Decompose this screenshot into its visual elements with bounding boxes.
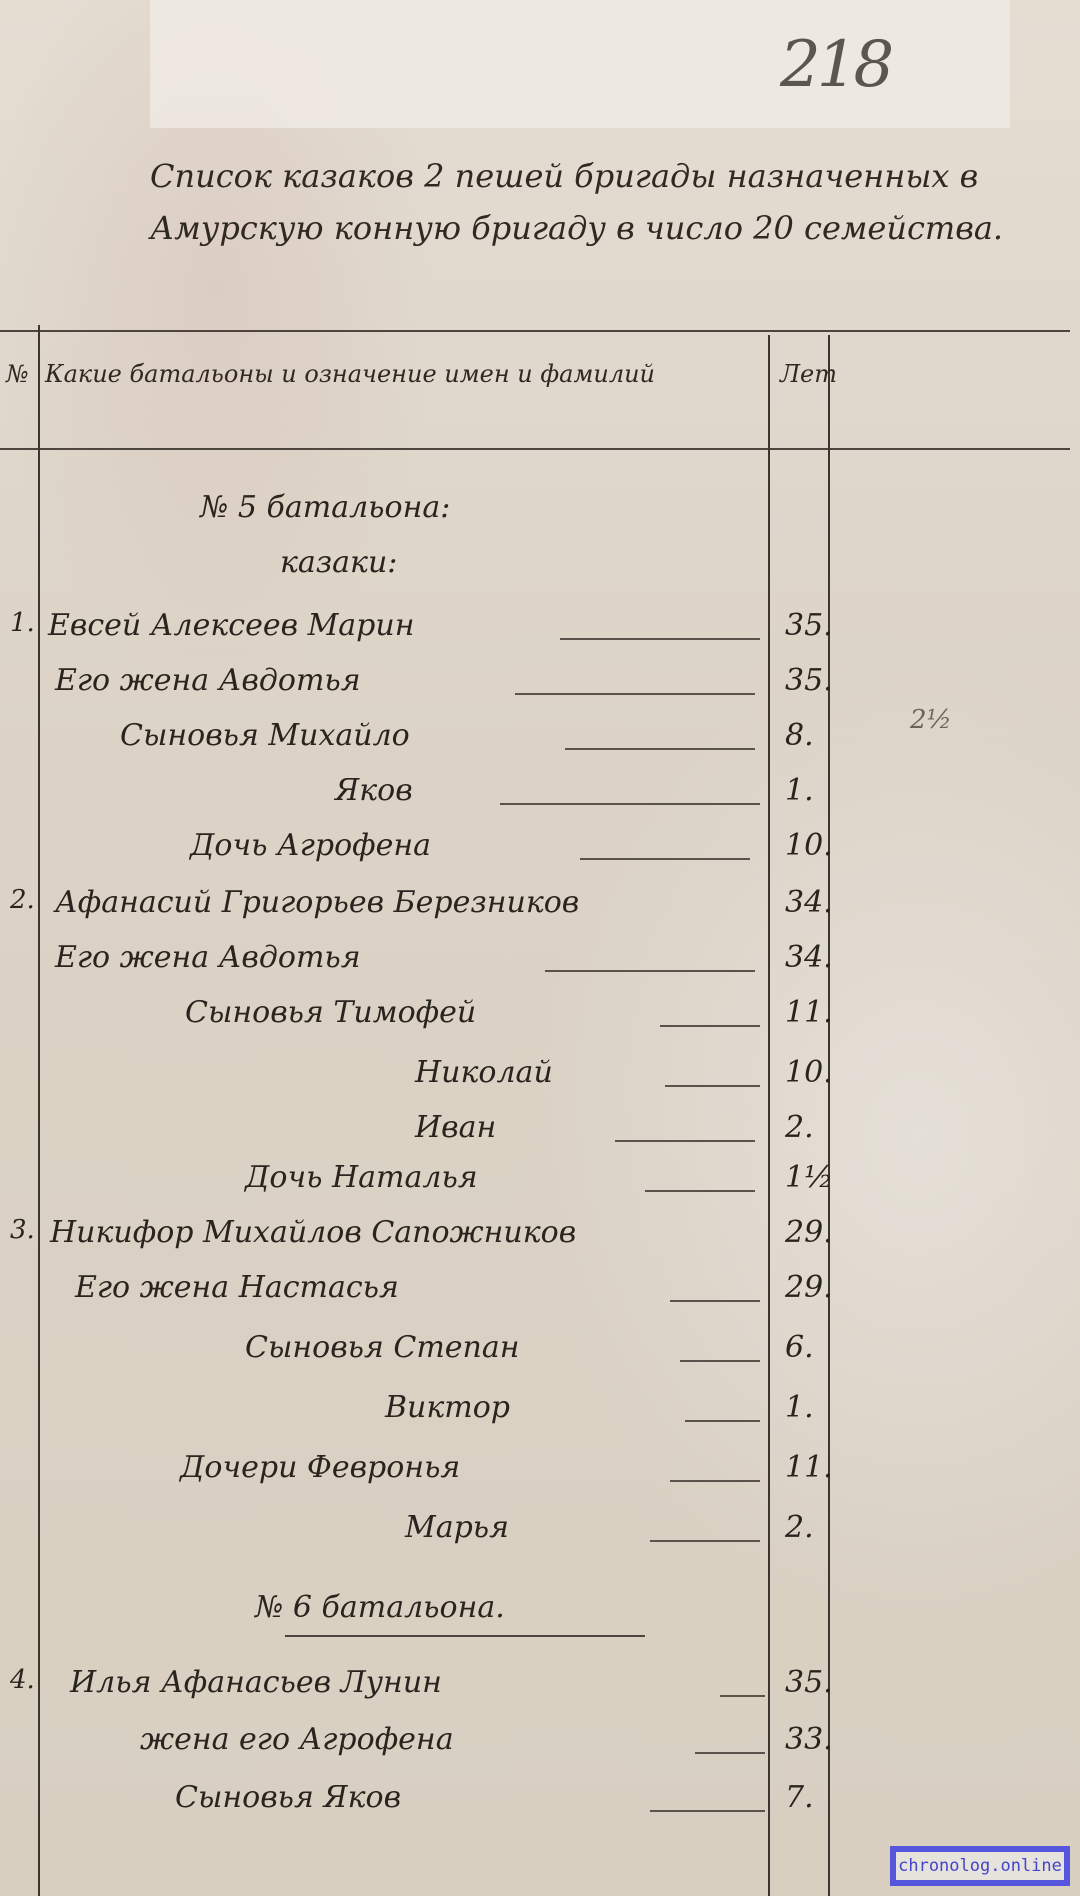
row-dash: [645, 1190, 755, 1192]
table-row: Виктор 1.: [0, 1390, 1080, 1444]
row-dash: [670, 1300, 760, 1302]
row-age: 10.: [785, 828, 835, 863]
row-dash: [665, 1085, 760, 1087]
row-name: Сыновья Михайло: [120, 718, 410, 753]
row-age: 10.: [785, 1055, 835, 1090]
table-row: Яков 1.: [0, 773, 1080, 827]
row-name: Сыновья Яков: [175, 1780, 401, 1815]
table-row: 3. Никифор Михайлов Сапожников 29.: [0, 1215, 1080, 1269]
row-name: Никифор Михайлов Сапожников: [50, 1215, 576, 1250]
row-age: 33.: [785, 1722, 835, 1757]
row-dash: [660, 1025, 760, 1027]
table-row: Дочь Агрофена 10.: [0, 828, 1080, 882]
row-number: 4.: [10, 1665, 40, 1695]
folio-number: 218: [780, 28, 890, 102]
row-name: Дочь Наталья: [245, 1160, 478, 1195]
watermark-text: chronolog.online: [896, 1852, 1064, 1880]
table-row: Марья 2.: [0, 1510, 1080, 1564]
row-age: 11.: [785, 1450, 835, 1485]
table-header-rule: [0, 448, 1070, 450]
table-top-rule: [0, 330, 1070, 332]
header-name: Какие батальоны и означение имен и фамил…: [45, 360, 655, 388]
watermark-badge: chronolog.online: [890, 1846, 1070, 1886]
row-name: Яков: [335, 773, 413, 808]
row-number: 2.: [10, 885, 40, 915]
table-row: Дочери Февронья 11.: [0, 1450, 1080, 1504]
section-title-underline: [285, 1635, 645, 1637]
table-row: Сыновья Яков 7.: [0, 1780, 1080, 1834]
row-name: Николай: [415, 1055, 553, 1090]
row-name: Виктор: [385, 1390, 510, 1425]
document-heading: Список казаков 2 пешей бригады назначенн…: [150, 150, 1050, 254]
table-row: Дочь Наталья 1½: [0, 1160, 1080, 1214]
row-age: 6.: [785, 1330, 835, 1365]
table-row: Его жена Авдотья 34.: [0, 940, 1080, 994]
row-age: 11.: [785, 995, 835, 1030]
row-number: 3.: [10, 1215, 40, 1245]
row-name: Афанасий Григорьев Березников: [55, 885, 579, 920]
row-dash: [720, 1695, 765, 1697]
row-dash: [615, 1140, 755, 1142]
row-dash: [545, 970, 755, 972]
row-name: Дочь Агрофена: [190, 828, 431, 863]
row-name: Евсей Алексеев Марин: [48, 608, 414, 643]
table-row: жена его Агрофена 33.: [0, 1722, 1080, 1776]
row-name: Илья Афанасьев Лунин: [70, 1665, 442, 1700]
header-age: Лет: [780, 360, 837, 388]
table-row: Его жена Настасья 29.: [0, 1270, 1080, 1324]
table-row: Николай 10.: [0, 1055, 1080, 1109]
row-age: 29.: [785, 1270, 835, 1305]
row-age: 2.: [785, 1510, 835, 1545]
row-name: Марья: [405, 1510, 509, 1545]
row-name: Его жена Авдотья: [55, 663, 361, 698]
section-subtitle: казаки:: [280, 545, 397, 580]
row-dash: [650, 1810, 765, 1812]
row-dash: [565, 748, 755, 750]
row-name: Сыновья Степан: [245, 1330, 520, 1365]
table-row: Иван 2.: [0, 1110, 1080, 1164]
row-age: 8.: [785, 718, 835, 753]
row-number: 1.: [10, 608, 40, 638]
row-dash: [515, 693, 755, 695]
margin-annotation: 2½: [910, 705, 952, 735]
row-name: Его жена Авдотья: [55, 940, 361, 975]
row-dash: [685, 1420, 760, 1422]
table-row: Сыновья Степан 6.: [0, 1330, 1080, 1384]
header-number: №: [6, 360, 29, 388]
document-page: 218 Список казаков 2 пешей бригады назна…: [0, 0, 1080, 1896]
section-title: № 6 батальона.: [255, 1590, 505, 1625]
row-age: 35.: [785, 608, 835, 643]
row-name: жена его Агрофена: [140, 1722, 454, 1757]
table-row: 4. Илья Афанасьев Лунин 35.: [0, 1665, 1080, 1719]
row-dash: [695, 1752, 765, 1754]
row-age: 7.: [785, 1780, 835, 1815]
row-age: 35.: [785, 663, 835, 698]
row-name: Дочери Февронья: [180, 1450, 460, 1485]
row-dash: [560, 638, 760, 640]
row-age: 1½: [785, 1160, 835, 1195]
section-title: № 5 батальона:: [200, 490, 450, 525]
row-age: 35.: [785, 1665, 835, 1700]
row-age: 1.: [785, 1390, 835, 1425]
row-age: 34.: [785, 940, 835, 975]
row-age: 34.: [785, 885, 835, 920]
row-age: 2.: [785, 1110, 835, 1145]
row-name: Его жена Настасья: [75, 1270, 399, 1305]
row-dash: [580, 858, 750, 860]
table-row: 2. Афанасий Григорьев Березников 34.: [0, 885, 1080, 939]
row-name: Иван: [415, 1110, 496, 1145]
row-name: Сыновья Тимофей: [185, 995, 476, 1030]
row-dash: [500, 803, 760, 805]
row-dash: [680, 1360, 760, 1362]
row-age: 1.: [785, 773, 835, 808]
row-dash: [670, 1480, 760, 1482]
row-dash: [650, 1540, 760, 1542]
table-row: Сыновья Тимофей 11.: [0, 995, 1080, 1049]
table-row: 1. Евсей Алексеев Марин 35.: [0, 608, 1080, 662]
row-age: 29.: [785, 1215, 835, 1250]
